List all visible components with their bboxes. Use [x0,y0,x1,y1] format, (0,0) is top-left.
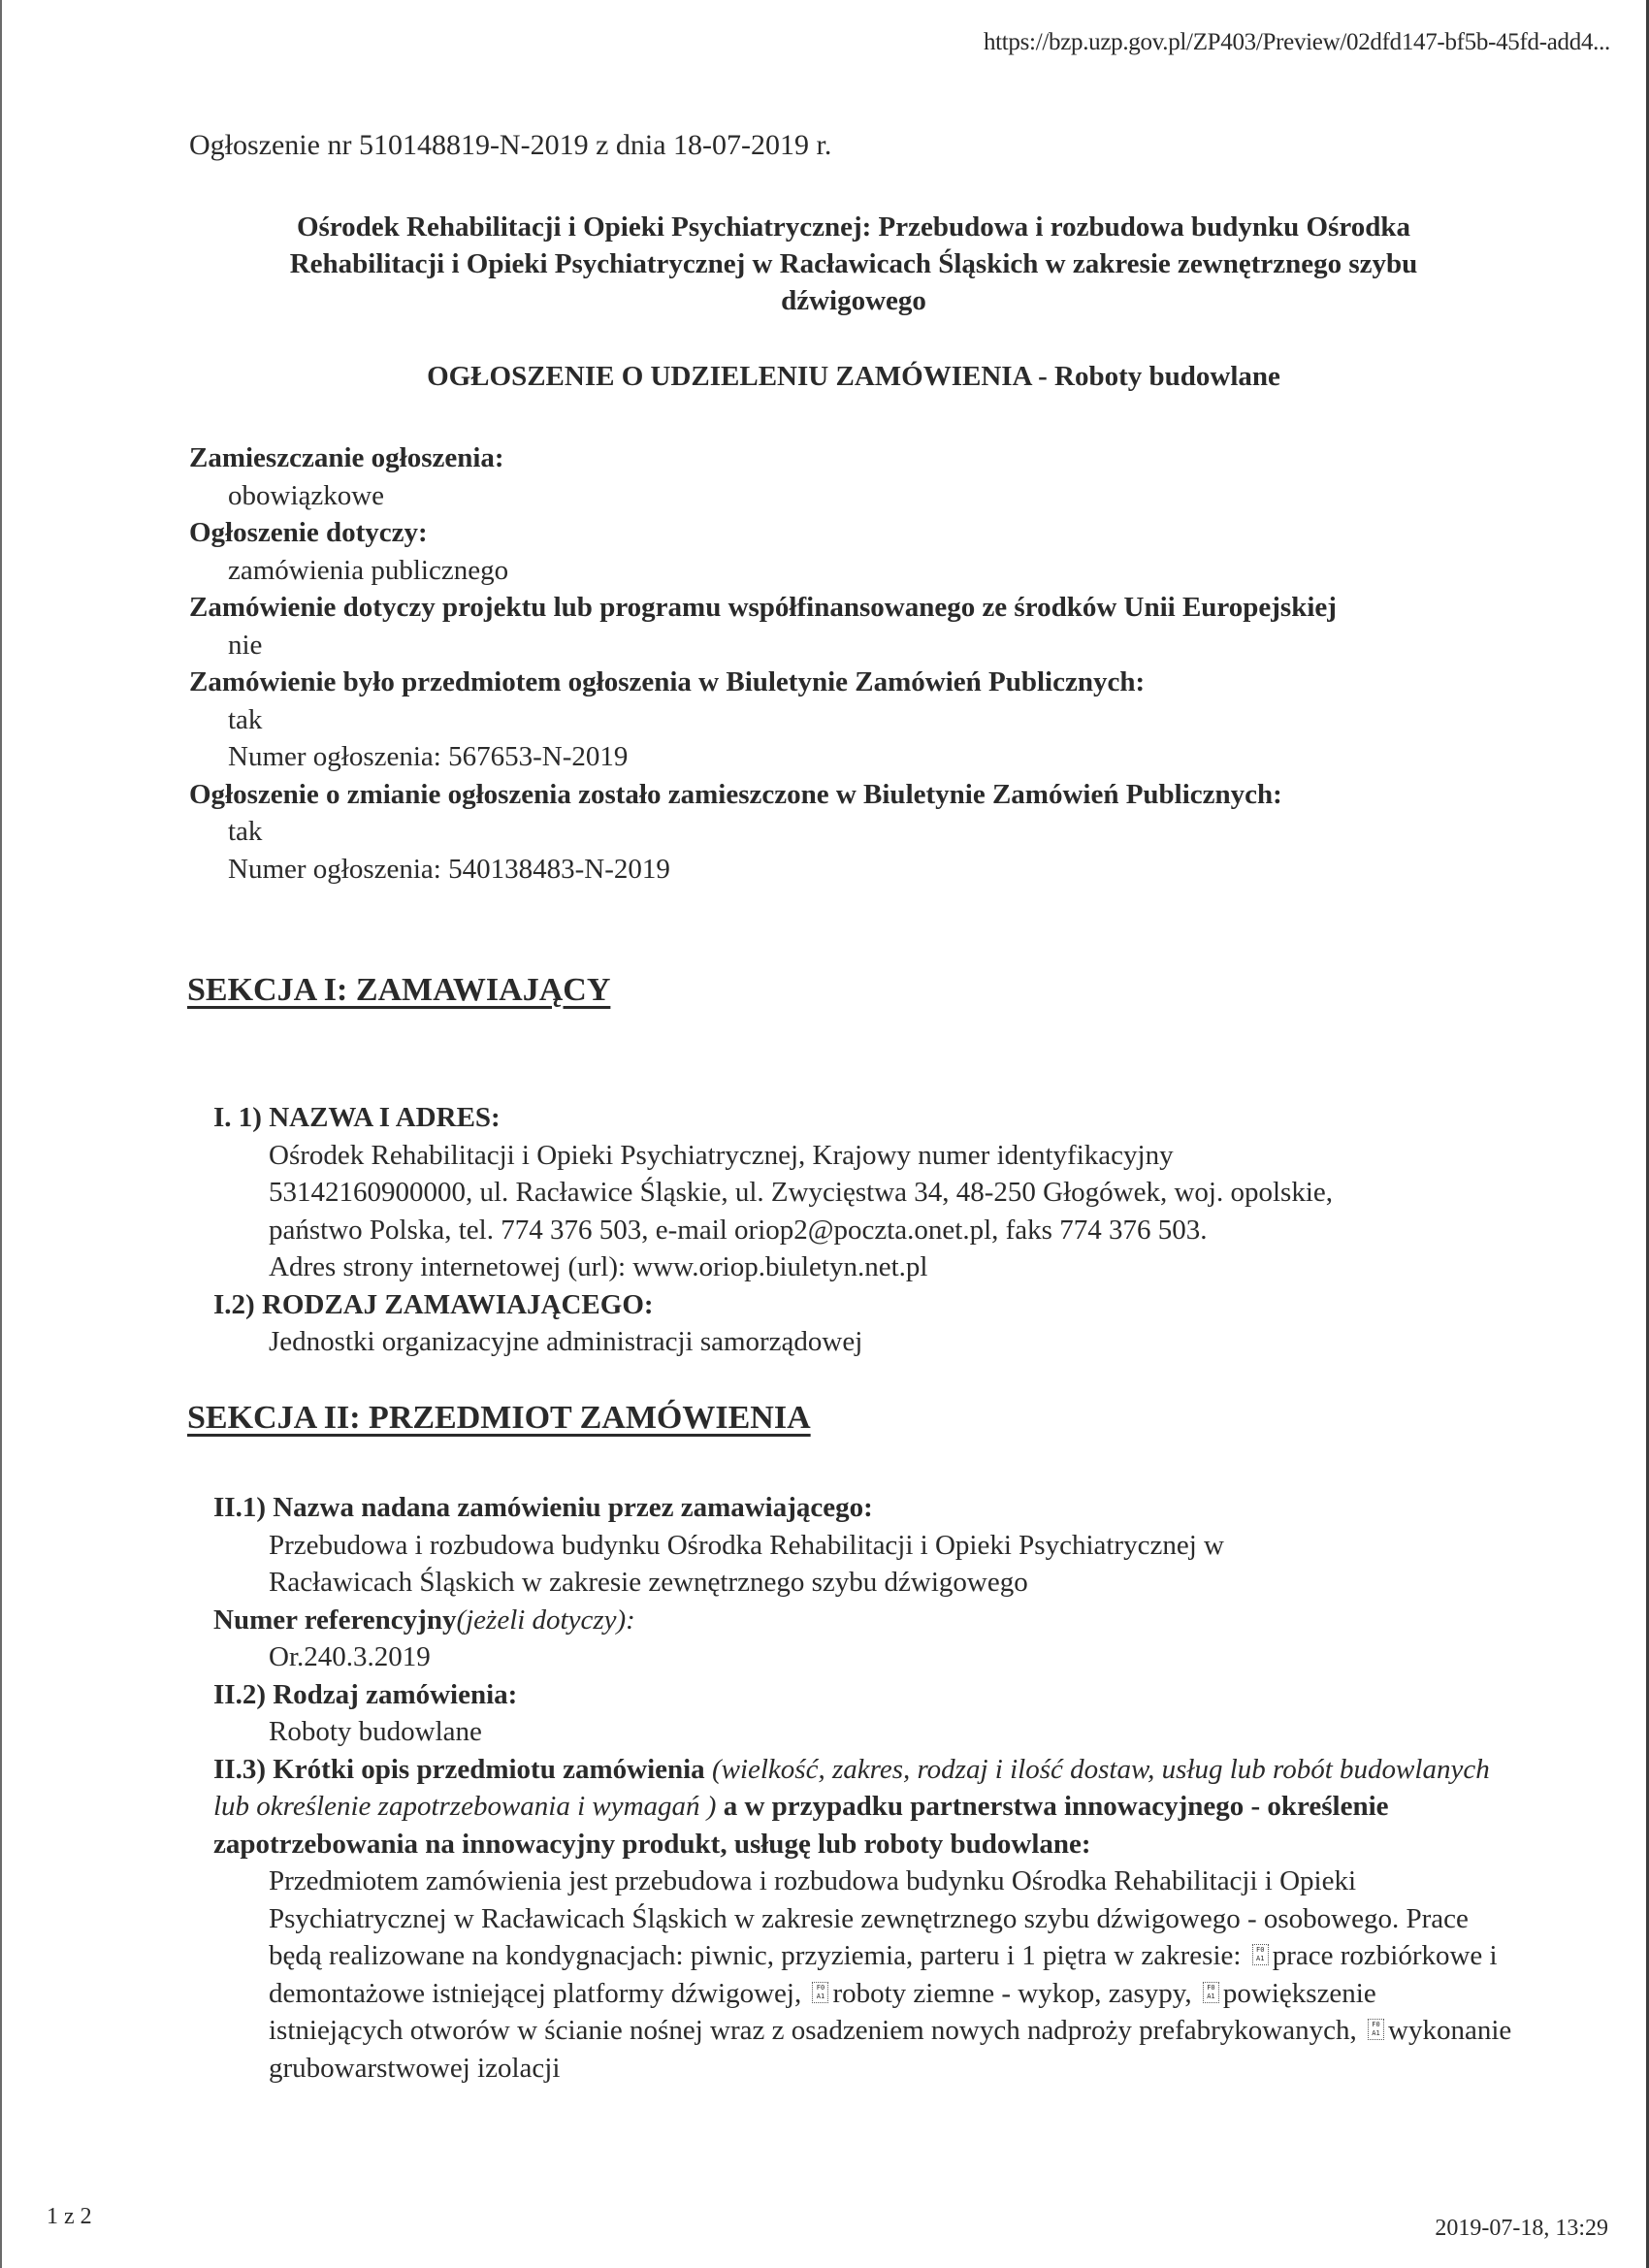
title-line: Rehabilitacji i Opieki Psychiatrycznej w… [175,245,1533,282]
section-2-heading: SEKCJA II: PRZEDMIOT ZAMÓWIENIA [187,1400,811,1437]
reference-number-value: Or.240.3.2019 [213,1638,1513,1676]
address-line: 53142160900000, ul. Racławice Śląskie, u… [213,1174,1513,1212]
bzp-value: tak [189,701,1547,739]
address-line: Adres strony internetowej (url): www.ori… [213,1248,1513,1286]
missing-glyph-icon: F0A1 [1203,1982,1219,2003]
section-2-content: II.1) Nazwa nadana zamówieniu przez zama… [213,1489,1513,2087]
order-kind-label: II.2) Rodzaj zamówienia: [213,1676,1513,1714]
title-line: dźwigowego [175,282,1533,319]
placement-value: obowiązkowe [189,477,1547,515]
buyer-type-label: I.2) RODZAJ ZAMAWIAJĄCEGO: [213,1286,1513,1324]
reference-label-note: (jeżeli dotyczy): [456,1604,634,1636]
print-datetime: 2019-07-18, 13:29 [1435,2216,1608,2242]
buyer-type-value: Jednostki organizacyjne administracji sa… [213,1323,1513,1361]
description-text: Przedmiotem zamówienia jest przebudowa i… [213,1863,1513,2087]
order-name-line: Przebudowa i rozbudowa budynku Ośrodka R… [213,1527,1513,1565]
reference-label-bold: Numer referencyjny [213,1604,456,1636]
section-1-content: I. 1) NAZWA I ADRES: Ośrodek Rehabilitac… [213,1099,1513,1361]
change-label: Ogłoszenie o zmianie ogłoszenia zostało … [189,776,1547,814]
general-info: Zamieszczanie ogłoszenia: obowiązkowe Og… [189,439,1547,888]
order-name-line: Racławicach Śląskich w zakresie zewnętrz… [213,1564,1513,1602]
name-address-label: I. 1) NAZWA I ADRES: [213,1099,1513,1137]
concerns-label: Ogłoszenie dotyczy: [189,514,1547,552]
description-label: II.3) Krótki opis przedmiotu zamówienia … [213,1751,1513,1863]
page-url: https://bzp.uzp.gov.pl/ZP403/Preview/02d… [984,29,1610,56]
concerns-value: zamówienia publicznego [189,552,1547,590]
description-item: roboty ziemne - wykop, zasypy, [832,1978,1191,2009]
change-number: Numer ogłoszenia: 540138483-N-2019 [189,851,1547,889]
bzp-label: Zamówienie było przedmiotem ogłoszenia w… [189,664,1547,701]
reference-number-label: Numer referencyjny(jeżeli dotyczy): [213,1602,1513,1639]
order-name-label: II.1) Nazwa nadana zamówieniu przez zama… [213,1489,1513,1527]
scan-edge [0,0,2,2268]
section-1-heading: SEKCJA I: ZAMAWIAJĄCY [187,972,610,1009]
order-kind-value: Roboty budowlane [213,1713,1513,1751]
page-counter: 1 z 2 [47,2204,92,2230]
bzp-number: Numer ogłoszenia: 567653-N-2019 [189,738,1547,776]
notice-number: Ogłoszenie nr 510148819-N-2019 z dnia 18… [189,129,831,162]
document-title: Ośrodek Rehabilitacji i Opieki Psychiatr… [175,209,1533,319]
address-line: państwo Polska, tel. 774 376 503, e-mail… [213,1212,1513,1249]
title-line: Ośrodek Rehabilitacji i Opieki Psychiatr… [175,209,1533,245]
description-label-bold: II.3) Krótki opis przedmiotu zamówienia [213,1754,705,1785]
missing-glyph-icon: F0A1 [1368,2019,1384,2040]
eu-funding-label: Zamówienie dotyczy projektu lub programu… [189,589,1547,627]
address-line: Ośrodek Rehabilitacji i Opieki Psychiatr… [213,1137,1513,1175]
change-value: tak [189,813,1547,851]
eu-funding-value: nie [189,627,1547,664]
placement-label: Zamieszczanie ogłoszenia: [189,439,1547,477]
document-subtitle: OGŁOSZENIE O UDZIELENIU ZAMÓWIENIA - Rob… [175,361,1533,393]
missing-glyph-icon: F0A1 [812,1982,828,2003]
missing-glyph-icon: F0A1 [1252,1944,1269,1965]
